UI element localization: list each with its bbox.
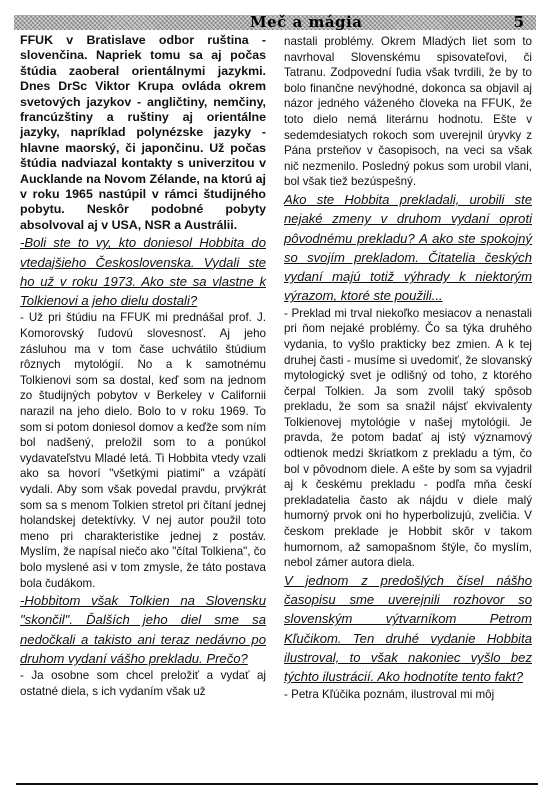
left-column: FFUK v Bratislave odbor ruština - sloven… (20, 33, 266, 700)
interview-answer-3: - Preklad mi trval niekoľko mesiacov a n… (284, 306, 532, 571)
running-header-bar: Meč a mágia 5 (14, 15, 536, 30)
interview-question-1: -Boli ste to vy, kto doniesol Hobbita do… (20, 233, 266, 310)
interview-answer-1: - Už pri štúdiu na FFUK mi prednášal pro… (20, 310, 266, 591)
magazine-title: Meč a mágia (250, 13, 362, 31)
bottom-divider-rule (16, 783, 538, 785)
interview-answer-2-continued: nastali problémy. Okrem Mladých liet som… (284, 34, 532, 190)
intro-paragraph: FFUK v Bratislave odbor ruština - sloven… (20, 33, 266, 233)
right-column: nastali problémy. Okrem Mladých liet som… (284, 34, 532, 702)
interview-answer-2-start: - Ja osobne som chcel preložiť a vydať a… (20, 668, 266, 699)
page-number: 5 (514, 13, 524, 31)
interview-question-2: -Hobbitom však Tolkien na Slovensku "sko… (20, 591, 266, 668)
interview-answer-4-start: - Petra Kľúčika poznám, ilustroval mi mô… (284, 687, 532, 703)
interview-question-3: Ako ste Hobbita prekladali, urobili ste … (284, 190, 532, 306)
interview-question-4: V jednom z predošlých čísel nášho časopi… (284, 571, 532, 687)
